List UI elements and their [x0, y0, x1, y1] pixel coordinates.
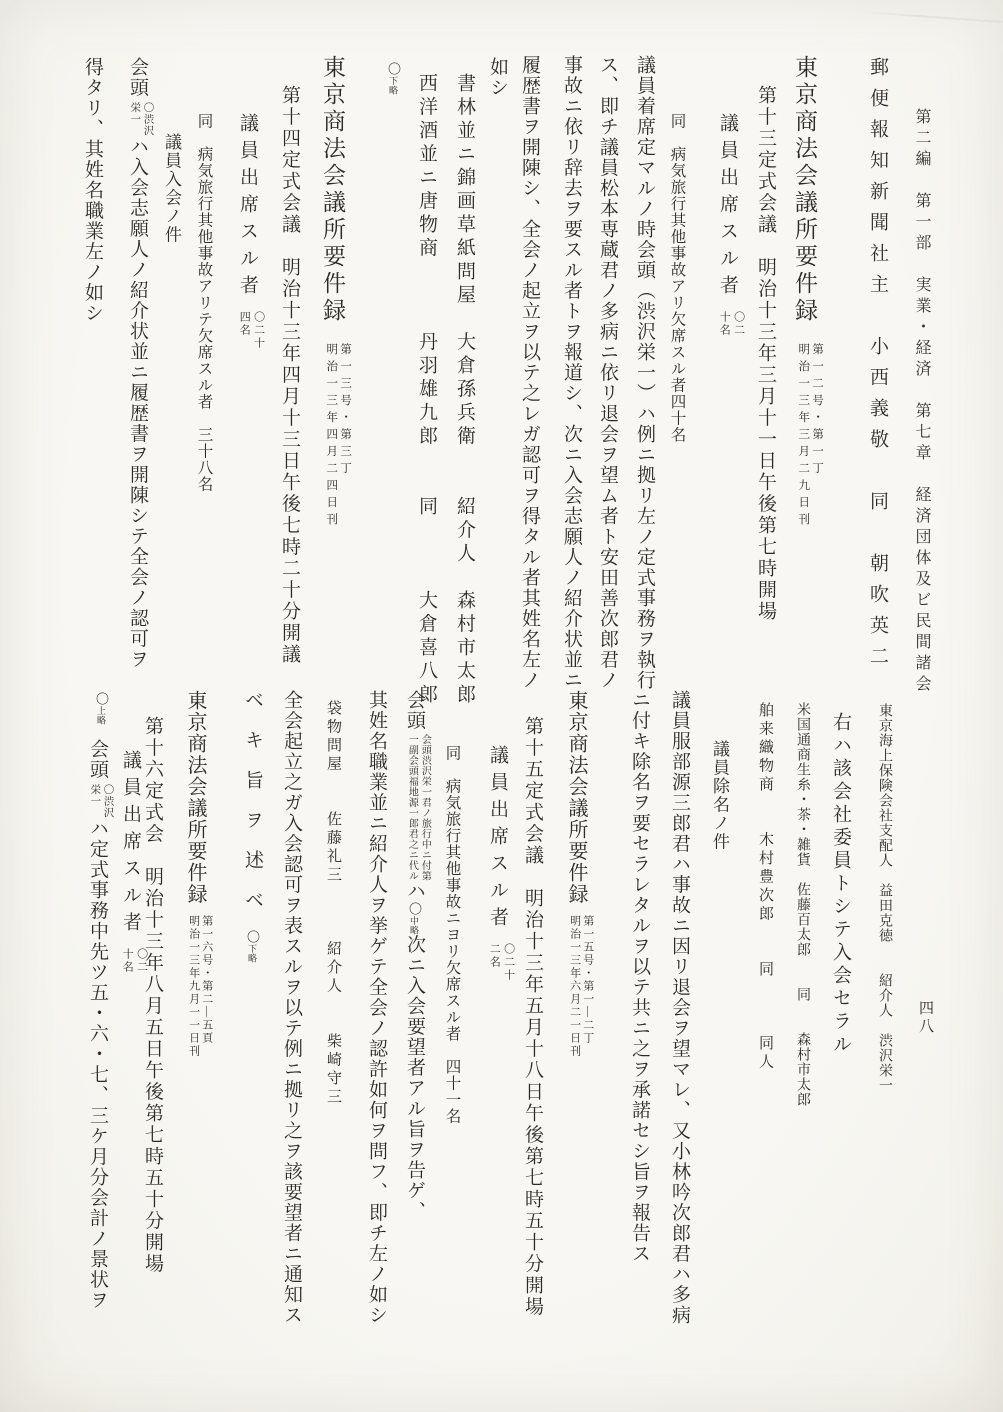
session-line-15: 第十五定式会議 明治十三年五月十八日午後第七時五十分開場: [523, 716, 542, 1318]
page-number: 四八: [917, 1000, 932, 1036]
attendee-label: 議員出席スル者: [717, 113, 738, 302]
closing-phrase: ベキ旨ヲ述ベ: [242, 690, 263, 930]
body-line-13d: 履歴書ヲ開陳シ、全会ノ起立ヲ以テ之レガ認可ヲ得タル者其姓名左ノ: [520, 55, 539, 691]
part-chapter-header: 第二編 第一部 実業・経済 第七章 経済団体及ビ民間諸会: [913, 108, 929, 696]
member-entry-15a: 袋物問屋 佐藤礼三 紹介人 柴崎守三: [325, 700, 340, 1107]
attendee-line-14: 議員出席スル者〇二十四名: [237, 113, 266, 350]
issue-date: 明治一三年六月二一日刊: [567, 915, 580, 1058]
attendee-label: 議員出席スル者: [120, 750, 141, 939]
count-line-2: 二名: [487, 943, 501, 982]
body-line-13b: ス、即チ議員松本専蔵君ノ多病ニ依リ退会ヲ望ム者ト安田善次郎君ノ: [598, 55, 617, 691]
record-title-text: 東京商法会議所要件録: [320, 55, 345, 325]
omission-mark-16: 〇上略: [91, 692, 112, 725]
omitted-below-label: 下略: [388, 76, 398, 95]
body-line-expulsion-a: 議員服部源三郎君ハ事故ニ因リ退会ヲ望マレ、又小林吟次郎君ハ多病: [670, 690, 689, 1326]
count-line-1: 〇二十: [501, 943, 515, 982]
chair-note-line-1: 〇渋沢: [101, 784, 114, 819]
absentee-line-14: 同 病気旅行其他事故アリテ欠席スル者 三十八名: [196, 113, 212, 493]
attendee-count: 〇二十二名: [487, 943, 516, 982]
issue-number: 第一二号・第一丁: [809, 343, 823, 530]
circle-glyph: 〇: [407, 902, 422, 916]
omitted-middle-label: 中略: [409, 916, 419, 935]
issue-note-14: 第一三号・第三丁明治一三年四月二四日刊: [323, 343, 351, 530]
issue-note-15: 第一五号・第一―二丁明治一三年六月二一日刊: [567, 915, 593, 1058]
chair-note-line-2: 栄一: [88, 784, 101, 819]
body-line-13c: 事故ニ依リ辞去ヲ要スル者トヲ報道シ、次ニ入会志願人ノ紹介状並ニ: [562, 55, 581, 691]
issue-note-13: 第一二号・第一丁明治一三年三月二九日刊: [795, 343, 823, 530]
body-line-15c: 全会起立之ガ入会認可ヲ表スルヲ以テ例ニ拠リ之ヲ該要望者ニ通知ス: [282, 690, 301, 1326]
issue-date: 明治一三年三月二九日刊: [795, 343, 809, 530]
committee-note-line: 右ハ該会社委員トシテ入会セラル: [831, 712, 850, 1057]
chair-name-note: 〇渋沢栄一: [128, 102, 154, 137]
attendee-count: 〇二十四名: [237, 311, 266, 350]
attendee-line-13: 議員出席スル者〇二十名: [717, 113, 746, 337]
agenda-item-admission: 議員入会ノ件: [163, 133, 180, 244]
omission-mark-middle: 〇中略: [404, 902, 425, 935]
chair-statement-ha: ハ: [404, 881, 425, 902]
issue-date: 明治一三年九月一一日刊: [186, 915, 199, 1058]
issue-note-16: 第一六号・第二―五頁明治一三年九月一一日刊: [186, 915, 212, 1058]
agenda-item-expulsion: 議員除名ノ件: [711, 740, 728, 851]
issue-number: 第一六号・第二―五頁: [200, 915, 213, 1058]
absentee-line-15: 同 病気旅行其他事故ニヨリ欠席スル者 四十一名: [444, 745, 460, 1125]
omission-mark: 〇下略: [385, 62, 402, 95]
count-line-1: 〇二十: [251, 311, 265, 350]
attendee-line-16: 議員出席スル者〇二十名: [120, 750, 149, 974]
record-title-14: 東京商法会議所要件録第一三号・第三丁明治一三年四月二四日刊: [321, 55, 351, 530]
count-line-1: 〇二: [731, 311, 745, 337]
record-title-text: 東京商法会議所要件録: [184, 690, 206, 905]
record-title-13: 東京商法会議所要件録第一二号・第一丁明治一三年三月二九日刊: [793, 55, 823, 530]
body-line-15d: ベキ旨ヲ述ベ〇下略: [243, 690, 262, 963]
count-line-2: 四名: [237, 311, 251, 350]
scanned-book-page: 第二編 第一部 実業・経済 第七章 経済団体及ビ民間諸会 郵便報知新聞社主 小西…: [0, 0, 1003, 1412]
chair-statement-text: ハ入会志願人ノ紹介状並ニ履歴書ヲ開陳シテ全会ノ認可ヲ: [127, 137, 148, 670]
omitted-above-label: 上略: [96, 706, 106, 725]
body-line-14b: 得タリ、其姓名職業左ノ如シ: [83, 57, 102, 324]
publisher-member-line: 郵便報知新聞社主 小西義敬 同 朝吹英二: [868, 57, 887, 677]
chair-label: 会頭: [404, 690, 425, 731]
chair-statement-text: ハ定式事務中先ツ五・六・七、三ケ月分会計ノ景状ヲ: [87, 819, 108, 1311]
chair-label: 会頭: [127, 57, 148, 98]
body-line-13a: 議員着席定マルノ時会頭（渋沢栄一）ハ例ニ拠リ左ノ定式事務ヲ執行: [635, 55, 654, 691]
omitted-below-label: 下略: [247, 944, 257, 963]
body-line-expulsion-b: ニ付キ除名ヲ要セラレタルヲ以テ共ニ之ヲ承諾セシ旨ヲ報告ス: [630, 690, 649, 1264]
chair-substitution-note: 会頭渋沢栄一君ノ旅行中ニ付第一副会頭福地源一郎君之ニ代ル: [405, 734, 431, 881]
issue-number: 第一三号・第三丁: [337, 343, 351, 530]
chair-name-note: 〇渋沢栄一: [88, 784, 114, 819]
issue-date: 明治一三年四月二四日刊: [323, 343, 337, 530]
circle-glyph: 〇: [386, 62, 401, 76]
member-entry-13a: 書林並ニ錦画草紙問屋 大倉孫兵衛 紹介人 森村市太郎: [455, 73, 474, 708]
attendee-label: 議員出席スル者: [487, 745, 508, 934]
paper-crease: [862, 11, 1002, 23]
count-line-1: 〇二: [134, 948, 148, 974]
chair-label: 会頭: [87, 739, 108, 780]
session-line-14: 第十四定式会議 明治十三年四月十三日午後七時二十分開議: [280, 85, 299, 666]
chair-statement-15: 会頭会頭渋沢栄一君ノ旅行中ニ付第一副会頭福地源一郎君之ニ代ルハ〇中略次ニ入会要望…: [405, 690, 431, 1222]
chair-note-line-1: 会頭渋沢栄一君ノ旅行中ニ付第: [418, 734, 431, 881]
record-title-16: 東京商法会議所要件録第一六号・第二―五頁明治一三年九月一一日刊: [185, 690, 213, 1058]
attendee-count: 〇二十名: [120, 948, 149, 974]
member-entry-14c: 東京海上保険会社支配人 益田克徳 紹介人 渋沢栄一: [877, 703, 891, 1093]
member-entry-13b: 西洋酒並ニ唐物商 丹羽雄九郎 同 大倉喜八郎: [417, 73, 436, 708]
circle-glyph: 〇: [94, 692, 109, 706]
attendee-label: 議員出席スル者: [237, 113, 258, 302]
chair-statement-14: 会頭〇渋沢栄一ハ入会志願人ノ紹介状並ニ履歴書ヲ開陳シテ全会ノ認可ヲ: [128, 57, 154, 670]
member-entry-14e: 舶来織物商 木村豊次郎 同 同人: [757, 702, 772, 1072]
body-line-15b: 其姓名職業並ニ紹介人ヲ挙ゲテ全会ノ認許如何ヲ問フ、即チ左ノ如シ: [367, 690, 386, 1326]
chair-statement-16: 〇上略会頭〇渋沢栄一ハ定式事務中先ツ五・六・七、三ケ月分会計ノ景状ヲ: [88, 692, 114, 1311]
chair-statement-text: 次ニ入会要望者アル旨ヲ告ゲ、: [404, 935, 425, 1222]
circle-glyph: 〇: [245, 930, 260, 944]
member-entry-14d: 米国通商生糸・茶・雑貨 佐藤百太郎 同 森村市太郎: [795, 702, 809, 1107]
issue-number: 第一五号・第一―二丁: [581, 915, 594, 1058]
omission-mark-13: 〇下略: [385, 62, 401, 95]
chair-note-line-2: 一副会頭福地源一郎君之ニ代ル: [405, 734, 418, 881]
count-line-2: 十名: [717, 311, 731, 337]
omission-mark-15: 〇下略: [242, 930, 263, 963]
absentee-line-13: 同 病気旅行其他事故アリ欠席スル者四十名: [669, 113, 685, 443]
body-line-13e: 如シ: [488, 57, 507, 98]
attendee-line-15: 議員出席スル者〇二十二名: [487, 745, 516, 982]
chair-note-line-1: 〇渋沢: [141, 102, 154, 137]
record-title-15: 東京商法会議所要件録第一五号・第一―二丁明治一三年六月二一日刊: [566, 690, 594, 1058]
attendee-count: 〇二十名: [717, 311, 746, 337]
record-title-text: 東京商法会議所要件録: [565, 690, 587, 905]
session-line-13: 第十三定式会議 明治十三年三月十一日午後第七時開場: [756, 85, 775, 623]
chair-note-line-2: 栄一: [128, 102, 141, 137]
record-title-text: 東京商法会議所要件録: [792, 55, 817, 325]
count-line-2: 十名: [120, 948, 134, 974]
